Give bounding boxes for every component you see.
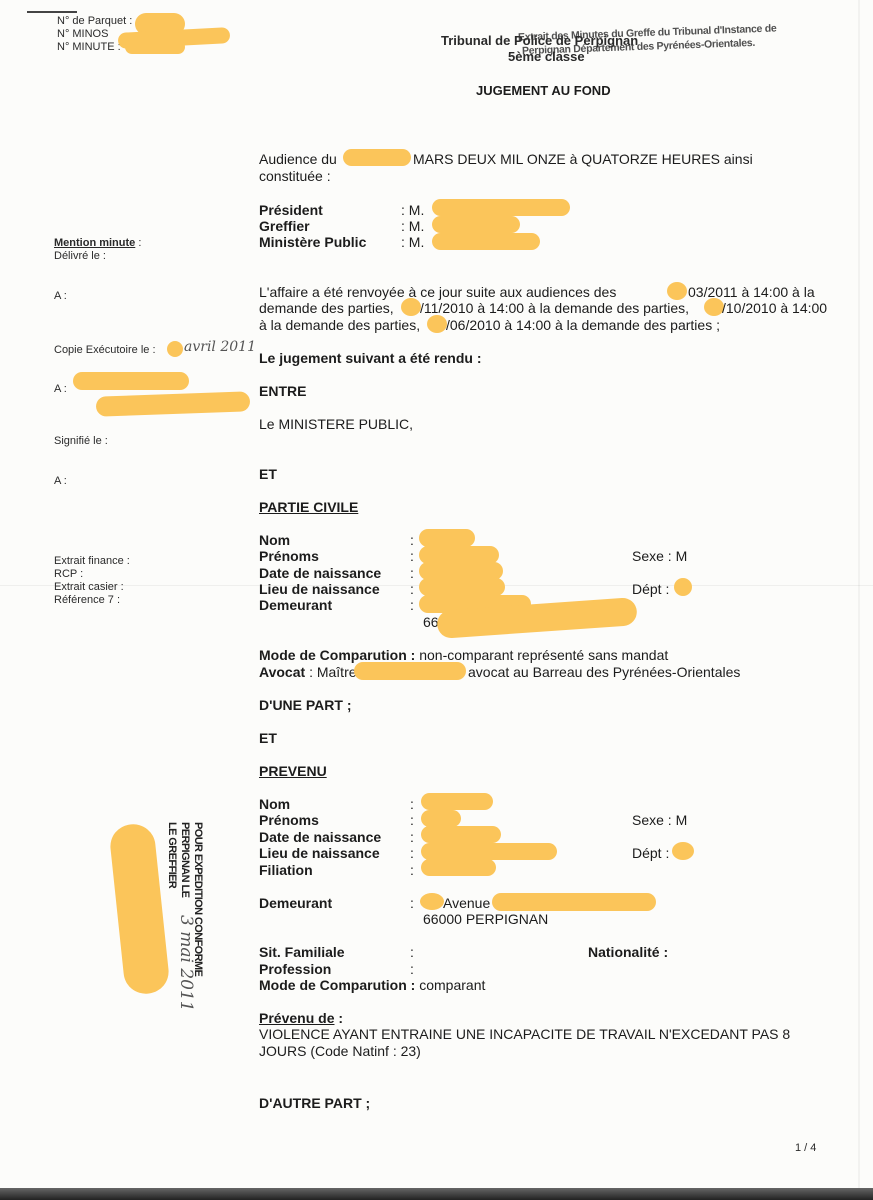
pc-sexe: Sexe : M	[632, 548, 687, 565]
copie-handwritten-date: avril 2011	[184, 339, 256, 355]
a-label-1: A :	[54, 290, 67, 303]
minos-label: N° MINOS	[57, 28, 108, 41]
pv-profession-colon: :	[410, 961, 414, 978]
redaction	[432, 216, 520, 233]
pc-lieu-colon: :	[410, 581, 414, 598]
greffier-label: Greffier	[259, 218, 310, 235]
page-number: 1 / 4	[795, 1142, 816, 1155]
pc-demeurant-label: Demeurant	[259, 597, 332, 614]
signifie-le: Signifié le :	[54, 435, 108, 448]
pc-prenoms-colon: :	[410, 548, 414, 565]
et-label-1: ET	[259, 466, 277, 483]
pv-naissance-colon: :	[410, 829, 414, 846]
delivre-le: Délivré le :	[54, 250, 106, 263]
president-value: : M.	[401, 202, 424, 219]
paper-edge	[858, 0, 860, 1190]
redaction	[667, 282, 687, 300]
renvoi-line1: L'affaire a été renvoyée à ce jour suite…	[259, 284, 616, 301]
redaction	[419, 578, 505, 596]
pv-prenoms-colon: :	[410, 812, 414, 829]
parquet-label: N° de Parquet :	[57, 15, 132, 28]
renvoi-line3-b: /06/2010 à 14:00 à la demande des partie…	[446, 317, 720, 334]
redaction	[108, 822, 171, 996]
pv-demeurant-street: Avenue	[443, 895, 490, 912]
pv-sit-familiale-colon: :	[410, 944, 414, 961]
pc-nom-label: Nom	[259, 532, 290, 549]
audience-suffix: MARS DEUX MIL ONZE à QUATORZE HEURES ain…	[413, 151, 753, 168]
pv-filiation-colon: :	[410, 862, 414, 879]
redaction	[401, 298, 421, 316]
president-label: Président	[259, 202, 323, 219]
pv-demeurant-colon: :	[410, 895, 414, 912]
header-rule	[27, 11, 77, 13]
rcp: RCP :	[54, 568, 83, 581]
entre-label: ENTRE	[259, 383, 306, 400]
pv-lieu-colon: :	[410, 845, 414, 862]
prevenu-title: PREVENU	[259, 763, 327, 780]
redaction	[421, 843, 557, 860]
jugement-rendu: Le jugement suivant a été rendu :	[259, 350, 482, 367]
copie-executoire: Copie Exécutoire le :	[54, 344, 156, 357]
redaction	[421, 859, 496, 876]
charge-line1: VIOLENCE AYANT ENTRAINE UNE INCAPACITE D…	[259, 1026, 790, 1043]
extrait-finance: Extrait finance :	[54, 555, 130, 568]
redaction	[421, 793, 493, 810]
partie-civile-title: PARTIE CIVILE	[259, 499, 358, 516]
pv-sit-familiale-label: Sit. Familiale	[259, 944, 345, 961]
document-title: JUGEMENT AU FOND	[476, 83, 611, 98]
pv-mode-comparution: Mode de Comparution : comparant	[259, 977, 485, 994]
pc-nom-colon: :	[410, 532, 414, 549]
charge-line2: JOURS (Code Natinf : 23)	[259, 1043, 421, 1060]
ministere-public-label: Ministère Public	[259, 234, 366, 251]
pv-nationalite-label: Nationalité :	[588, 944, 668, 961]
renvoi-line2-c: /10/2010 à 14:00	[722, 300, 827, 317]
expedition-handwritten-date: 3 mai 2011	[176, 915, 196, 1012]
dune-part: D'UNE PART ;	[259, 697, 352, 714]
pv-profession-label: Profession	[259, 961, 331, 978]
redaction	[354, 662, 466, 680]
redaction	[427, 315, 447, 333]
mention-minute: Mention minute :	[54, 237, 141, 250]
expedition-stamp-line2: PERPIGNAN LE	[179, 822, 191, 897]
ministere-public-party: Le MINISTERE PUBLIC,	[259, 416, 413, 433]
pv-prenoms-label: Prénoms	[259, 812, 319, 829]
ministere-public-value: : M.	[401, 234, 424, 251]
reference-7: Référence 7 :	[54, 594, 120, 607]
pv-demeurant-city: 66000 PERPIGNAN	[423, 911, 548, 928]
pc-mode-comparution: Mode de Comparution : non-comparant repr…	[259, 647, 668, 664]
pc-prenoms-label: Prénoms	[259, 548, 319, 565]
pc-dept: Dépt :	[632, 581, 669, 598]
redaction	[421, 826, 501, 843]
scan-bottom-edge	[0, 1188, 873, 1200]
redaction	[167, 341, 183, 357]
redaction	[492, 893, 656, 911]
minute-label: N° MINUTE :	[57, 41, 121, 54]
pc-avocat: Avocat : Maître	[259, 664, 357, 681]
et-label-2: ET	[259, 730, 277, 747]
document-page: N° de Parquet : N° MINOS N° MINUTE : Tri…	[0, 0, 873, 1200]
redaction	[421, 810, 461, 827]
redaction	[96, 391, 251, 416]
pv-lieu-label: Lieu de naissance	[259, 845, 380, 862]
audience-line2: constituée :	[259, 168, 331, 185]
pc-demeurant-colon: :	[410, 597, 414, 614]
dautre-part: D'AUTRE PART ;	[259, 1095, 370, 1112]
redaction	[674, 578, 692, 596]
pv-nom-colon: :	[410, 796, 414, 813]
pv-dept: Dépt :	[632, 845, 669, 862]
redaction	[704, 298, 724, 316]
extrait-casier: Extrait casier :	[54, 581, 124, 594]
redaction	[432, 233, 540, 250]
renvoi-line1-date: 03/2011 à 14:00 à la	[688, 284, 815, 301]
renvoi-line3-a: à la demande des parties,	[259, 317, 420, 334]
pc-naissance-label: Date de naissance	[259, 565, 381, 582]
a-label-3: A :	[54, 475, 67, 488]
pv-sexe: Sexe : M	[632, 812, 687, 829]
redaction	[419, 529, 475, 547]
redaction	[125, 40, 185, 54]
a-label-2: A :	[54, 383, 67, 396]
renvoi-line2-b: /11/2010 à 14:00 à la demande des partie…	[420, 300, 689, 317]
redaction	[343, 149, 411, 166]
pc-naissance-colon: :	[410, 565, 414, 582]
redaction	[672, 842, 694, 860]
greffier-value: : M.	[401, 218, 424, 235]
redaction	[73, 372, 189, 390]
redaction	[432, 199, 570, 216]
redaction	[420, 893, 444, 910]
pv-naissance-label: Date de naissance	[259, 829, 381, 846]
pc-lieu-label: Lieu de naissance	[259, 581, 380, 598]
pv-nom-label: Nom	[259, 796, 290, 813]
pv-filiation-label: Filiation	[259, 862, 313, 879]
audience-prefix: Audience du	[259, 151, 337, 168]
pv-demeurant-label: Demeurant	[259, 895, 332, 912]
pc-avocat-barreau: avocat au Barreau des Pyrénées-Orientale…	[468, 664, 740, 681]
prevenu-de: Prévenu de :	[259, 1010, 343, 1027]
renvoi-line2-a: demande des parties,	[259, 300, 394, 317]
expedition-stamp-line3: LE GREFFIER	[166, 822, 178, 888]
